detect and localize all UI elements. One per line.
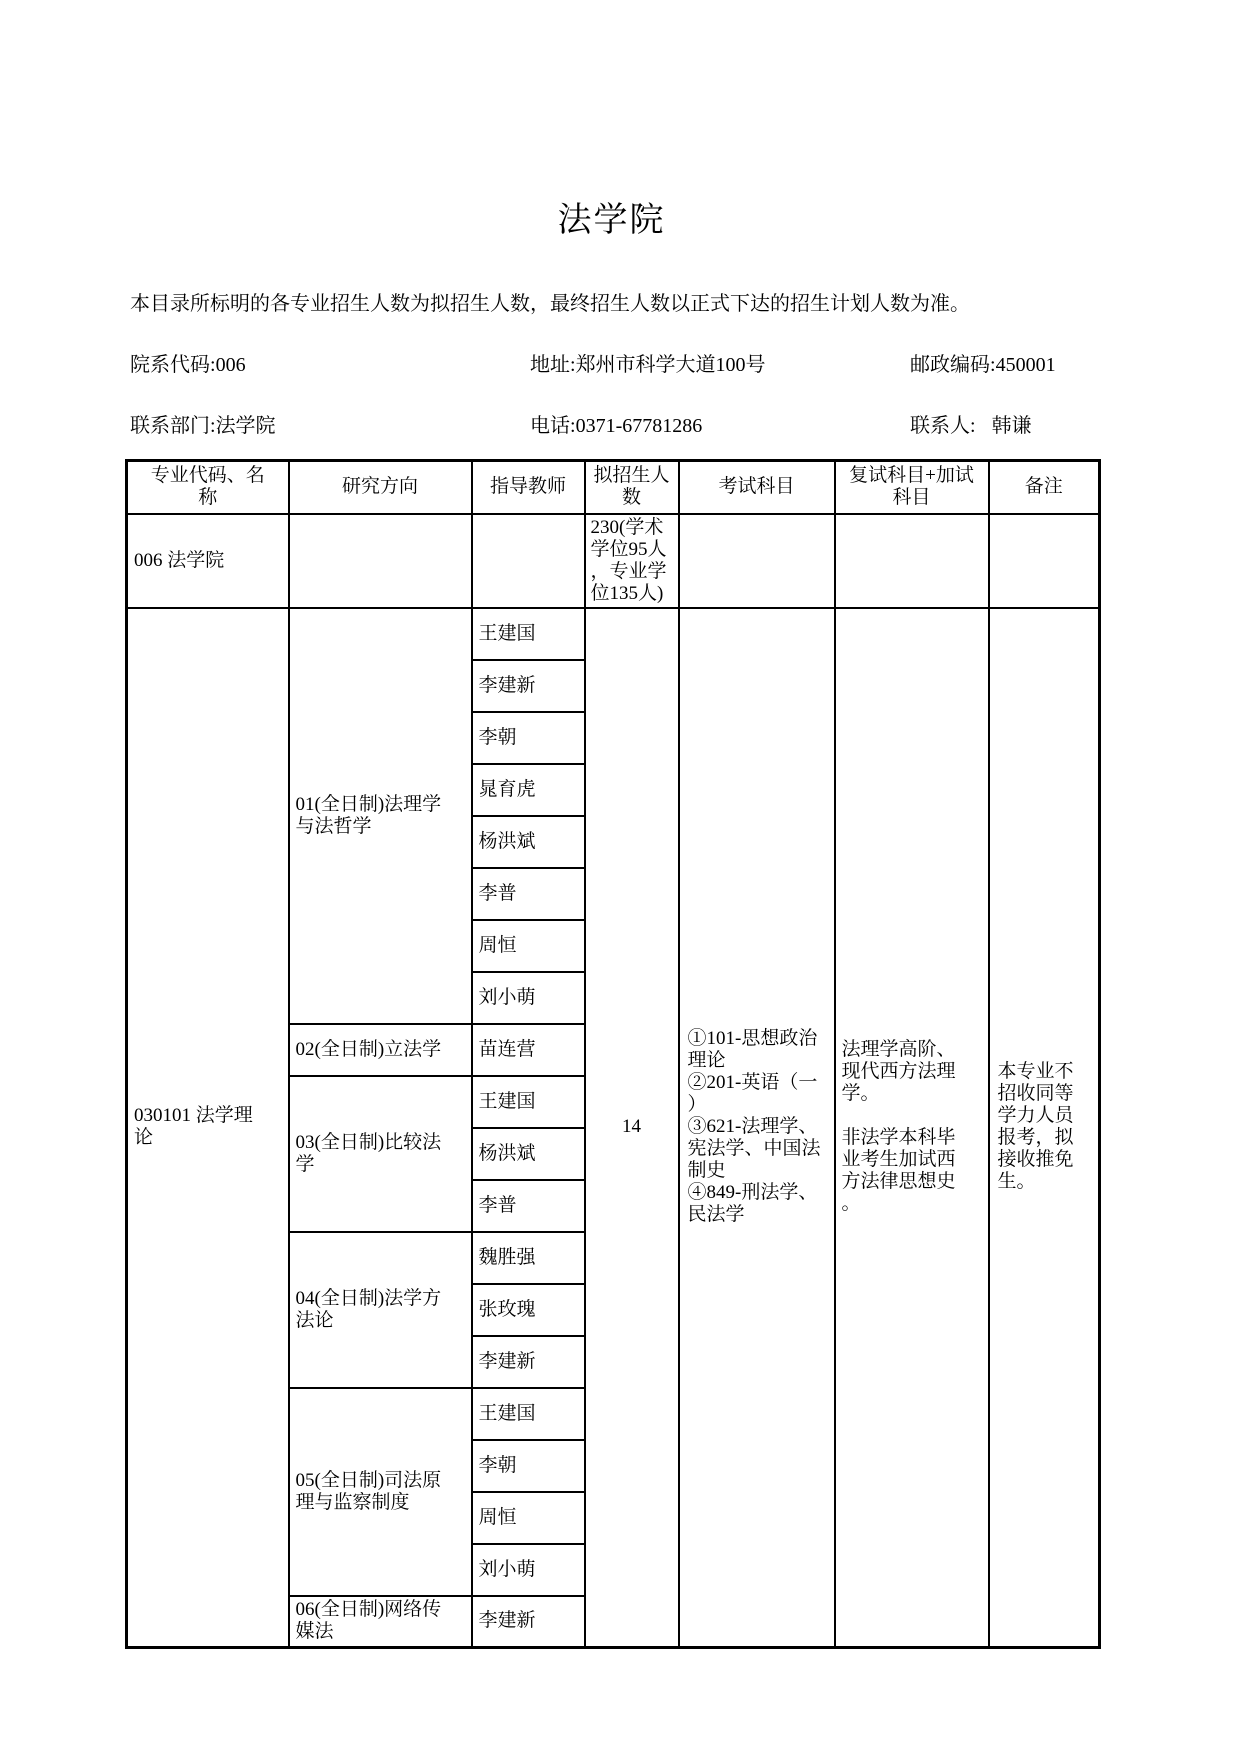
program-row: 030101 法学理论 01(全日制)法理学与法哲学 王建国 14 ①101-思…	[127, 608, 1100, 660]
contact-dept-value: 法学院	[216, 415, 276, 437]
retest-subjects-cell: 法理学高阶、现代西方法理学。 非法学本科毕业考生加试西方法律思想史。	[835, 608, 989, 1648]
postcode-label: 邮政编码:	[910, 354, 996, 376]
direction-cell: 01(全日制)法理学与法哲学	[289, 608, 472, 1024]
teacher-cell: 李朝	[472, 712, 585, 764]
empty-cell	[835, 514, 989, 608]
contact-person-value: 韩谦	[992, 415, 1032, 437]
dept-code-field: 院系代码:006	[130, 348, 530, 377]
program-code-cell: 030101 法学理论	[127, 608, 289, 1648]
empty-cell	[289, 514, 472, 608]
dept-code-value: 006	[216, 354, 246, 376]
direction-cell: 03(全日制)比较法学	[289, 1076, 472, 1232]
empty-cell	[679, 514, 835, 608]
contact-info: 院系代码:006 地址:郑州市科学大道100号 邮政编码:450001 联系部门…	[130, 348, 1140, 438]
document-page: 法学院 本目录所标明的各专业招生人数为拟招生人数，最终招生人数以正式下达的招生计…	[0, 0, 1240, 1754]
phone-value: 0371-67781286	[576, 415, 703, 437]
contact-dept-label: 联系部门:	[130, 415, 216, 437]
teacher-cell: 王建国	[472, 1076, 585, 1128]
teacher-cell: 刘小萌	[472, 1544, 585, 1596]
empty-cell	[989, 514, 1100, 608]
header-row: 专业代码、名称 研究方向 指导教师 拟招生人数 考试科目 复试科目+加试科目 备…	[127, 461, 1100, 514]
header-cell-remarks: 备注	[989, 461, 1100, 514]
address-label: 地址:	[530, 354, 576, 376]
summary-name-cell: 006 法学院	[127, 514, 289, 608]
teacher-cell: 李普	[472, 1180, 585, 1232]
teacher-cell: 周恒	[472, 920, 585, 972]
contact-person-field: 联系人:韩谦	[910, 409, 1140, 438]
address-field: 地址:郑州市科学大道100号	[530, 348, 910, 377]
phone-label: 电话:	[530, 415, 576, 437]
header-cell-retest: 复试科目+加试科目	[835, 461, 989, 514]
direction-cell: 04(全日制)法学方法论	[289, 1232, 472, 1388]
teacher-cell: 王建国	[472, 1388, 585, 1440]
teacher-cell: 李建新	[472, 1336, 585, 1388]
direction-cell: 05(全日制)司法原理与监察制度	[289, 1388, 472, 1596]
header-cell-major: 专业代码、名称	[127, 461, 289, 514]
teacher-cell: 周恒	[472, 1492, 585, 1544]
direction-cell: 02(全日制)立法学	[289, 1024, 472, 1076]
teacher-cell: 刘小萌	[472, 972, 585, 1024]
header-cell-exam: 考试科目	[679, 461, 835, 514]
teacher-cell: 张玫瑰	[472, 1284, 585, 1336]
teacher-cell: 李建新	[472, 660, 585, 712]
teacher-cell: 李普	[472, 868, 585, 920]
teacher-cell: 杨洪斌	[472, 1128, 585, 1180]
exam-subjects-cell: ①101-思想政治理论 ②201-英语（一） ③621-法理学、宪法学、中国法制…	[679, 608, 835, 1648]
phone-field: 电话:0371-67781286	[530, 409, 910, 438]
dept-code-label: 院系代码:	[130, 354, 216, 376]
summary-quota-cell: 230(学术学位95人，专业学位135人)	[585, 514, 679, 608]
page-title: 法学院	[125, 192, 1098, 241]
notice-text: 本目录所标明的各专业招生人数为拟招生人数，最终招生人数以正式下达的招生计划人数为…	[130, 287, 970, 316]
address-value: 郑州市科学大道100号	[576, 354, 766, 376]
teacher-cell: 苗连营	[472, 1024, 585, 1076]
admissions-catalog-table: 专业代码、名称 研究方向 指导教师 拟招生人数 考试科目 复试科目+加试科目 备…	[125, 459, 1101, 1649]
teacher-cell: 杨洪斌	[472, 816, 585, 868]
teacher-cell: 晁育虎	[472, 764, 585, 816]
header-cell-quota: 拟招生人数	[585, 461, 679, 514]
contact-dept-field: 联系部门:法学院	[130, 409, 530, 438]
postcode-value: 450001	[996, 354, 1056, 376]
teacher-cell: 李建新	[472, 1596, 585, 1648]
header-cell-teacher: 指导教师	[472, 461, 585, 514]
contact-person-label: 联系人:	[910, 415, 976, 437]
quota-cell: 14	[585, 608, 679, 1648]
postcode-field: 邮政编码:450001	[910, 348, 1140, 377]
summary-row: 006 法学院 230(学术学位95人，专业学位135人)	[127, 514, 1100, 608]
remarks-cell: 本专业不招收同等学力人员报考，拟接收推免生。	[989, 608, 1100, 1648]
empty-cell	[472, 514, 585, 608]
direction-cell: 06(全日制)网络传媒法	[289, 1596, 472, 1648]
teacher-cell: 李朝	[472, 1440, 585, 1492]
header-cell-direction: 研究方向	[289, 461, 472, 514]
teacher-cell: 王建国	[472, 608, 585, 660]
teacher-cell: 魏胜强	[472, 1232, 585, 1284]
